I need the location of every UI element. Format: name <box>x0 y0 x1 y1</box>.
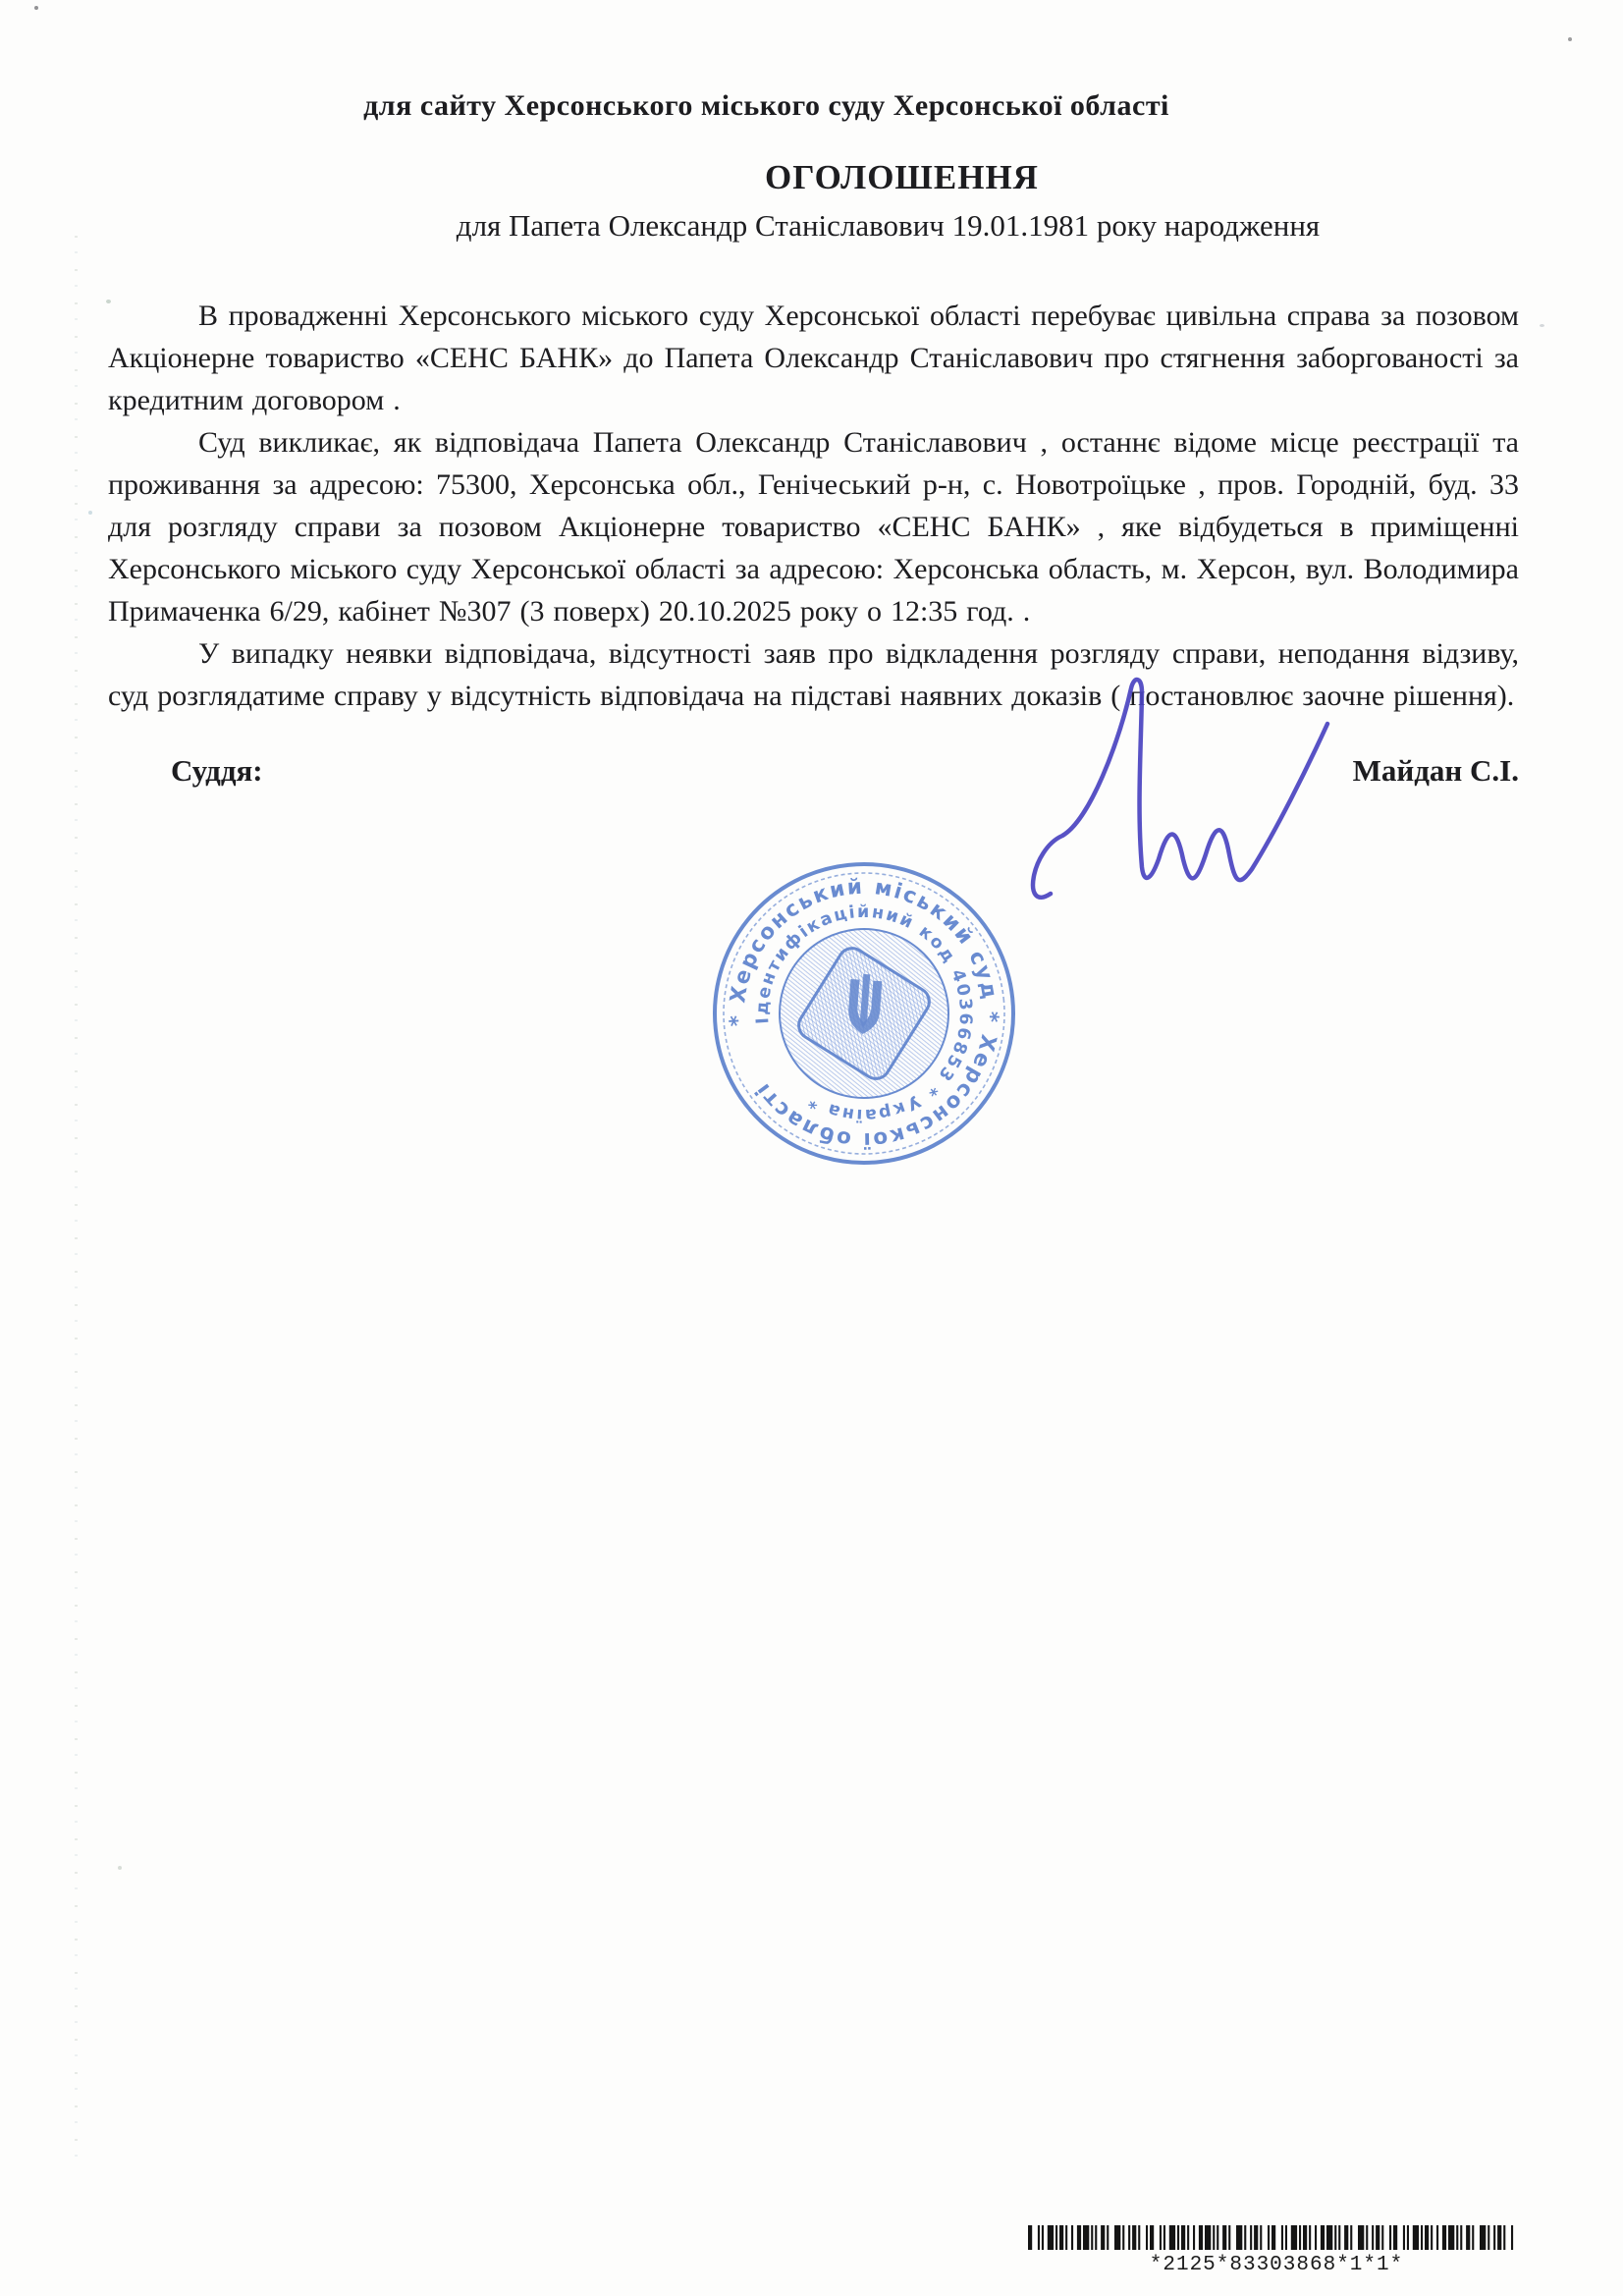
announcement-title: ОГОЛОШЕННЯ <box>196 155 1607 200</box>
barcode-text: *2125*83303868*1*1* <box>1026 2254 1527 2276</box>
case-intro-paragraph: В провадженні Херсонського міського суду… <box>108 295 1519 421</box>
announcement-subject: для Папета Олександр Станіславович 19.01… <box>183 204 1594 247</box>
site-caption: для сайту Херсонського міського суду Хер… <box>61 86 1472 126</box>
scanned-court-document: для сайту Херсонського міського суду Хер… <box>0 0 1623 2296</box>
judge-signature-ink <box>1001 663 1394 948</box>
summons-paragraph: Суд викликає, як відповідача Папета Олек… <box>108 421 1519 632</box>
court-stamp: * Херсонський міський суд * Херсонської … <box>697 847 1031 1180</box>
scan-speck <box>118 1866 122 1870</box>
barcode-bars <box>1026 2225 1527 2250</box>
judge-label: Суддя: <box>171 753 263 789</box>
barcode: *2125*83303868*1*1* <box>1026 2225 1527 2276</box>
